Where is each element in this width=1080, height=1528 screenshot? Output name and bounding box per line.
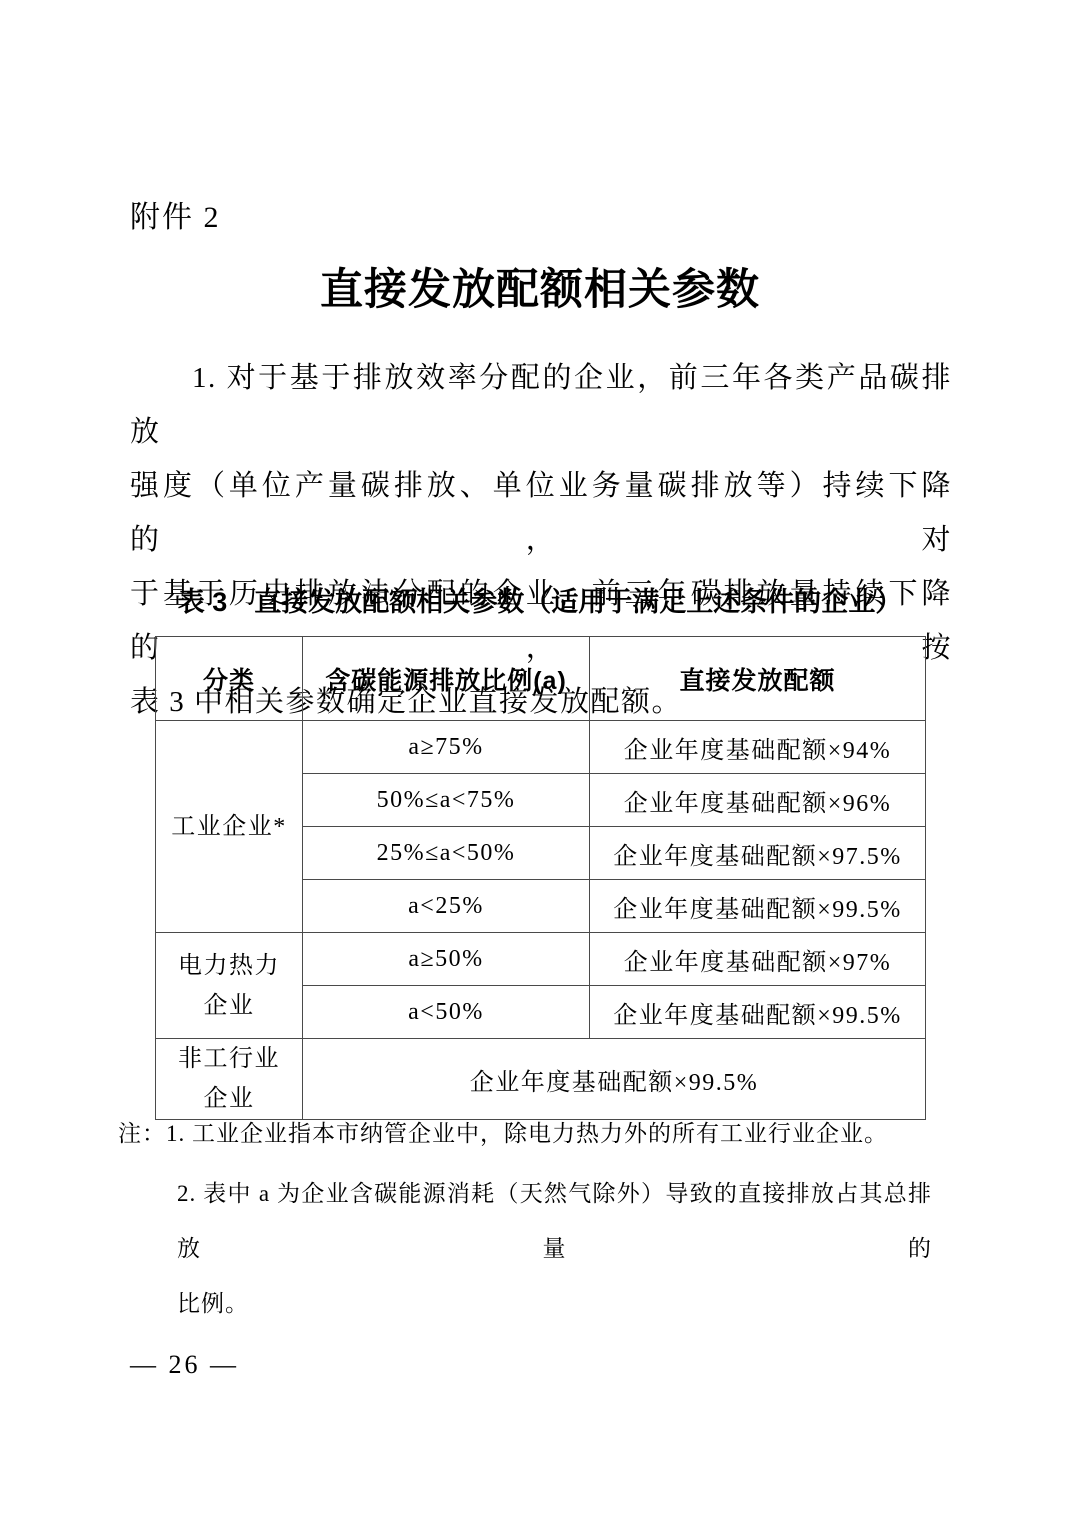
cell-category-power-heat: 电力热力 企业 xyxy=(156,933,303,1039)
table-row: 电力热力 企业 a≥50% 企业年度基础配额×97% xyxy=(156,933,926,986)
cell-ratio: 50%≤a<75% xyxy=(303,774,590,827)
quota-parameters-table: 分类 含碳能源排放比例(a) 直接发放配额 工业企业* a≥75% 企业年度基础… xyxy=(155,636,926,1120)
paragraph-line: 强度（单位产量碳排放、单位业务量碳排放等）持续下降的，对 xyxy=(130,459,952,567)
document-page: 附件 2 直接发放配额相关参数 1. 对于基于排放效率分配的企业，前三年各类产品… xyxy=(0,0,1080,1528)
attachment-label: 附件 2 xyxy=(130,200,221,236)
cell-category-industrial: 工业企业* xyxy=(156,721,303,933)
cell-quota: 企业年度基础配额×99.5% xyxy=(590,986,926,1039)
cell-quota: 企业年度基础配额×96% xyxy=(590,774,926,827)
header-emission-ratio: 含碳能源排放比例(a) xyxy=(303,637,590,721)
cell-ratio: a<50% xyxy=(303,986,590,1039)
cell-ratio: a≥50% xyxy=(303,933,590,986)
table-row: 非工行业 企业 企业年度基础配额×99.5% xyxy=(156,1039,926,1120)
cell-ratio: 25%≤a<50% xyxy=(303,827,590,880)
footnote-2-line: 比例。 xyxy=(177,1276,932,1331)
header-direct-quota: 直接发放配额 xyxy=(590,637,926,721)
footnote-2-line: 2. 表中 a 为企业含碳能源消耗（天然气除外）导致的直接排放占其总排放量的 xyxy=(177,1166,932,1276)
cell-quota: 企业年度基础配额×97.5% xyxy=(590,827,926,880)
footnote-2: 2. 表中 a 为企业含碳能源消耗（天然气除外）导致的直接排放占其总排放量的 比… xyxy=(177,1166,932,1331)
page-number: — 26 — xyxy=(130,1348,239,1382)
cell-ratio: a<25% xyxy=(303,880,590,933)
table-header-row: 分类 含碳能源排放比例(a) 直接发放配额 xyxy=(156,637,926,721)
cell-quota: 企业年度基础配额×99.5% xyxy=(590,880,926,933)
footnote-1: 注：1. 工业企业指本市纳管企业中，除电力热力外的所有工业行业企业。 xyxy=(118,1112,978,1156)
page-title: 直接发放配额相关参数 xyxy=(0,264,1080,318)
cell-category-non-industrial: 非工行业 企业 xyxy=(156,1039,303,1120)
table-row: 工业企业* a≥75% 企业年度基础配额×94% xyxy=(156,721,926,774)
paragraph-line: 1. 对于基于排放效率分配的企业，前三年各类产品碳排放 xyxy=(130,351,952,459)
cell-quota-merged: 企业年度基础配额×99.5% xyxy=(303,1039,926,1120)
cell-ratio: a≥75% xyxy=(303,721,590,774)
cell-quota: 企业年度基础配额×97% xyxy=(590,933,926,986)
cell-quota: 企业年度基础配额×94% xyxy=(590,721,926,774)
table-caption: 表 3 直接发放配额相关参数（适用于满足上述条件的企业） xyxy=(0,584,1080,620)
header-category: 分类 xyxy=(156,637,303,721)
